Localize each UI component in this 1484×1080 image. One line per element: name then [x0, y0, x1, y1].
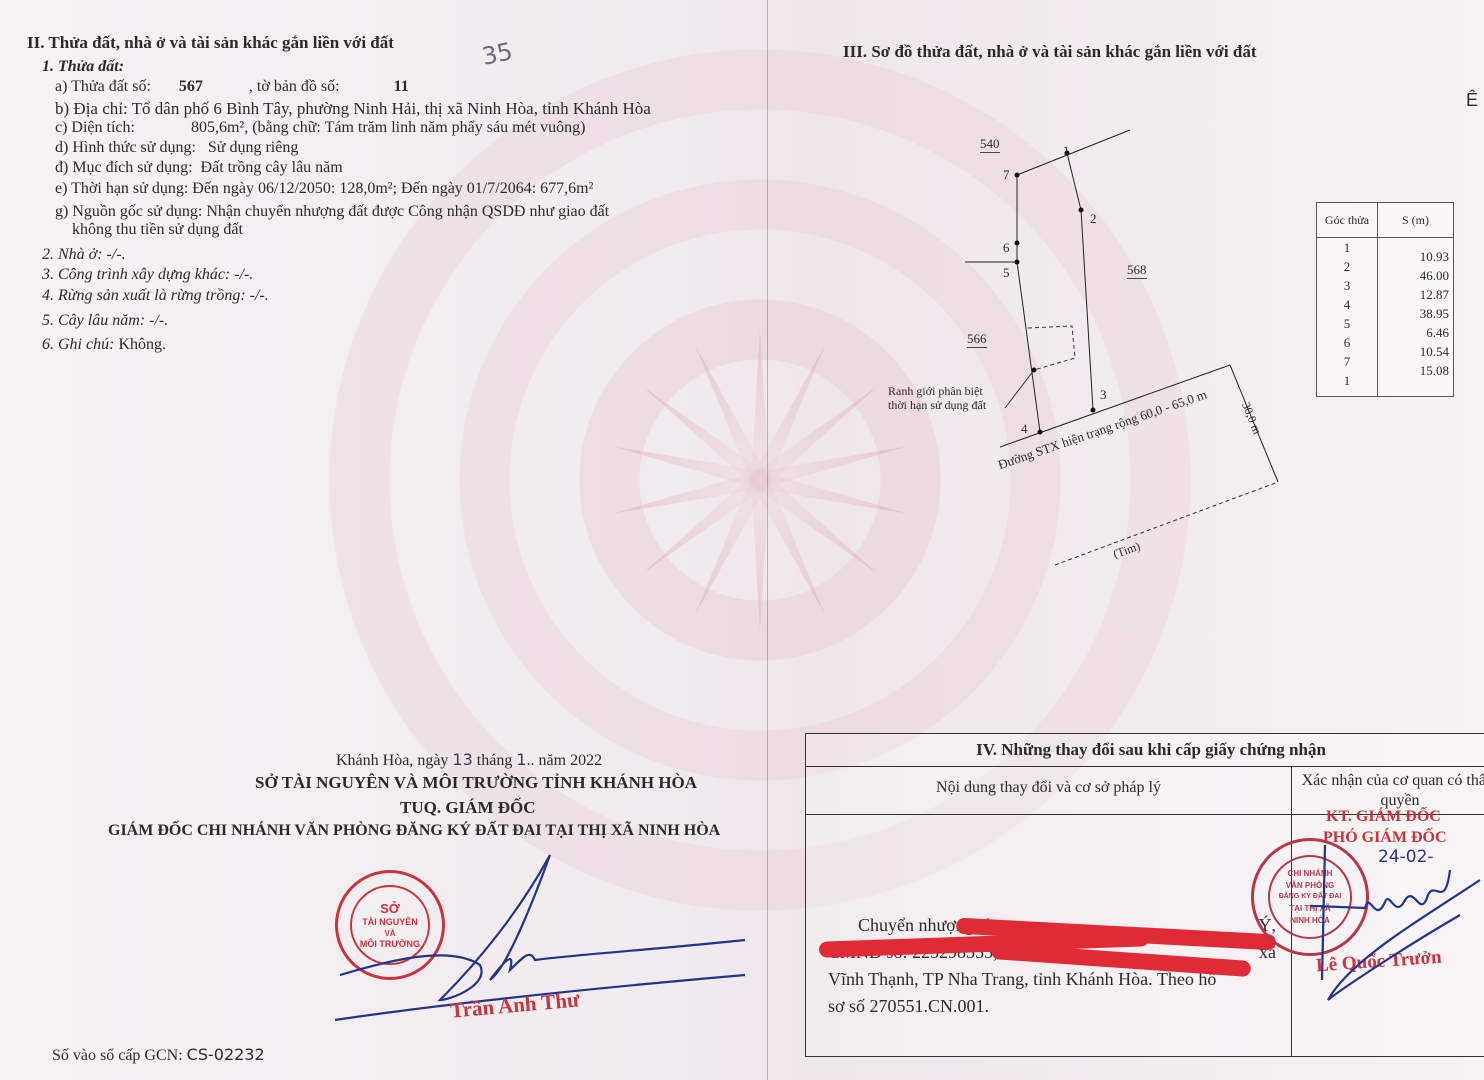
- notes-value: Không.: [118, 336, 166, 353]
- section-iv-heading: IV. Những thay đổi sau khi cấp giấy chứn…: [806, 740, 1484, 760]
- map-sheet-value: 11: [394, 78, 409, 95]
- plantation-forest-value: -/-.: [250, 287, 269, 304]
- edge-length: 10.93: [1382, 247, 1449, 266]
- place-date: Khánh Hòa, ngày 13 tháng 1.. năm 2022: [336, 750, 602, 770]
- use-purpose-value: Đất trồng cây lâu năm: [201, 159, 343, 176]
- confirm-kt: KT. GIÁM ĐỐC: [1326, 808, 1441, 826]
- use-form-value: Sử dụng riêng: [208, 139, 298, 156]
- house-row: 2. Nhà ở: -/-.: [42, 246, 126, 264]
- neighbor-parcel-540: 540: [980, 136, 1000, 153]
- page-fold: [767, 0, 768, 1080]
- plantation-forest-label: 4. Rừng sản xuất là rừng trồng:: [42, 287, 246, 304]
- use-term-value: Đến ngày 06/12/2050: 128,0m²; Đến ngày 0…: [192, 180, 593, 197]
- origin-value: Nhận chuyển nhượng đất được Công nhận QS…: [206, 203, 609, 220]
- origin-label: g) Nguồn gốc sử dụng:: [55, 203, 202, 220]
- use-term-row: e) Thời hạn sử dụng: Đến ngày 06/12/2050…: [55, 180, 593, 198]
- use-form-label: d) Hình thức sử dụng:: [55, 139, 196, 156]
- area-value: 805,6m², (bằng chữ: Tám trăm linh năm ph…: [191, 119, 585, 136]
- corner-length-table: Góc thửa S (m) 12345671 10.9346.0012.873…: [1316, 202, 1454, 397]
- plantation-forest-row: 4. Rừng sản xuất là rừng trồng: -/-.: [42, 287, 269, 305]
- corner-number: 2: [1321, 257, 1373, 276]
- other-construction-label: 3. Công trình xây dựng khác:: [42, 266, 230, 283]
- edge-length: 38.95: [1382, 304, 1449, 323]
- point-label-5: 5: [1003, 265, 1010, 281]
- house-label: 2. Nhà ở:: [42, 246, 103, 263]
- point-label-4: 4: [1021, 421, 1028, 437]
- origin-row: g) Nguồn gốc sử dụng: Nhận chuyển nhượng…: [55, 203, 609, 221]
- register-value: CS-02232: [187, 1045, 265, 1064]
- boundary-note-line-1: Ranh giới phân biệt: [888, 384, 986, 398]
- section-iii-heading: III. Sơ đồ thửa đất, nhà ở và tài sản kh…: [843, 42, 1257, 62]
- point-label-2: 2: [1090, 211, 1097, 227]
- edge-length: 15.08: [1382, 361, 1449, 380]
- col-header-length: S (m): [1378, 203, 1454, 238]
- change-line-4: sơ số 270551.CN.001.: [828, 993, 1276, 1020]
- origin-value-cont: không thu tiền sử dụng đất: [72, 221, 243, 239]
- col-header-corner: Góc thửa: [1317, 203, 1378, 238]
- use-purpose-label: đ) Mục đích sử dụng:: [55, 159, 193, 176]
- other-construction-value: -/-.: [234, 266, 253, 283]
- other-construction-row: 3. Công trình xây dựng khác: -/-.: [42, 266, 253, 284]
- edge-lengths: 10.9346.0012.8738.956.4610.5415.08: [1378, 238, 1454, 397]
- edge-length: 10.54: [1382, 342, 1449, 361]
- area-row: c) Diện tích: 805,6m², (bằng chữ: Tám tr…: [55, 119, 585, 137]
- corner-numbers: 12345671: [1317, 238, 1378, 397]
- notes-label: 6. Ghi chú:: [42, 336, 114, 353]
- corner-number: 1: [1321, 371, 1373, 390]
- parcel-number-value: 567: [179, 78, 203, 95]
- house-value: -/-.: [107, 246, 126, 263]
- point-label-1: 1: [1063, 143, 1070, 159]
- issue-year: năm 2022: [539, 752, 603, 769]
- parcel-number-row: a) Thửa đất số: 567 , tờ bản đồ số: 11: [55, 78, 409, 96]
- edge-length: 6.46: [1382, 323, 1449, 342]
- notes-row: 6. Ghi chú: Không.: [42, 336, 166, 354]
- register-label: Số vào sổ cấp GCN:: [52, 1047, 183, 1064]
- corner-number: 4: [1321, 295, 1373, 314]
- signer-title: GIÁM ĐỐC CHI NHÁNH VĂN PHÒNG ĐĂNG KÝ ĐẤT…: [108, 822, 720, 840]
- perennial-trees-value: -/-.: [149, 312, 168, 329]
- parcel-heading: 1. Thửa đất:: [42, 58, 124, 76]
- corner-number: 5: [1321, 314, 1373, 333]
- parcel-number-label: a) Thửa đất số:: [55, 78, 151, 95]
- on-behalf: TUQ. GIÁM ĐỐC: [400, 798, 536, 818]
- map-sheet-label: , tờ bản đồ số:: [249, 78, 340, 95]
- north-arrow-fragment: Ê: [1466, 90, 1478, 111]
- address-row: b) Địa chỉ: Tổ dân phố 6 Bình Tây, phườn…: [55, 99, 651, 119]
- signature-le-quoc-truon: [1310, 840, 1484, 1010]
- place-date-prefix: Khánh Hòa, ngày: [336, 752, 448, 769]
- parcel-diagram: [900, 120, 1300, 600]
- use-term-label: e) Thời hạn sử dụng:: [55, 180, 188, 197]
- corner-number: 7: [1321, 352, 1373, 371]
- point-label-7: 7: [1003, 167, 1010, 183]
- month-label: tháng: [477, 752, 513, 769]
- boundary-note: Ranh giới phân biệt thời hạn sử dụng đất: [888, 384, 986, 412]
- issuing-org: SỞ TÀI NGUYÊN VÀ MÔI TRƯỜNG TỈNH KHÁNH H…: [255, 773, 697, 793]
- point-label-3: 3: [1100, 387, 1107, 403]
- edge-length: 46.00: [1382, 266, 1449, 285]
- use-form-row: d) Hình thức sử dụng: Sử dụng riêng: [55, 139, 298, 157]
- corner-number: 3: [1321, 276, 1373, 295]
- perennial-trees-label: 5. Cây lâu năm:: [42, 312, 145, 329]
- neighbor-parcel-568: 568: [1127, 262, 1147, 279]
- col-header-change-content: Nội dung thay đổi và cơ sở pháp lý: [806, 779, 1291, 797]
- point-label-6: 6: [1003, 240, 1010, 256]
- issue-day: 13: [452, 750, 472, 769]
- boundary-note-line-2: thời hạn sử dụng đất: [888, 398, 986, 412]
- corner-number: 1: [1321, 238, 1373, 257]
- perennial-trees-row: 5. Cây lâu năm: -/-.: [42, 312, 168, 330]
- section-ii-heading: II. Thửa đất, nhà ở và tài sản khác gắn …: [27, 33, 394, 53]
- neighbor-parcel-566: 566: [967, 331, 987, 348]
- area-label: c) Diện tích:: [55, 119, 135, 136]
- address-label: b) Địa chỉ:: [55, 99, 128, 118]
- edge-length: 12.87: [1382, 285, 1449, 304]
- register-number-row: Số vào sổ cấp GCN: CS-02232: [52, 1045, 265, 1065]
- use-purpose-row: đ) Mục đích sử dụng: Đất trồng cây lâu n…: [55, 159, 343, 177]
- corner-number: 6: [1321, 333, 1373, 352]
- issue-month: 1: [516, 750, 526, 769]
- address-value: Tổ dân phố 6 Bình Tây, phường Ninh Hải, …: [132, 99, 651, 118]
- col-header-authority-confirm: Xác nhận của cơ quan có thẩm quyền: [1300, 771, 1484, 811]
